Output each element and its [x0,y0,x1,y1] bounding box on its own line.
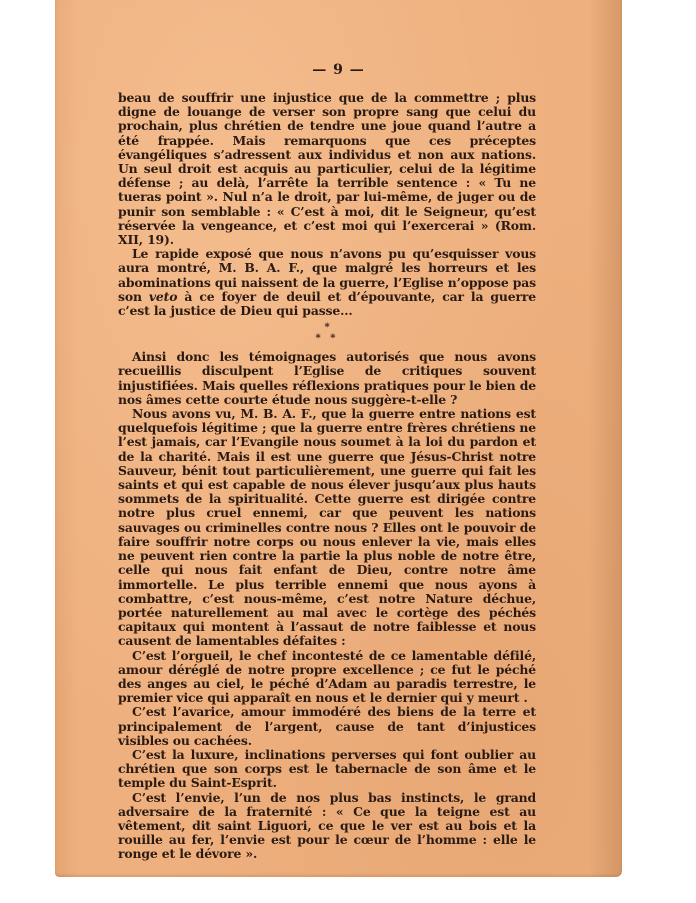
page-number: — 9 — [55,62,622,78]
asterism-top: * [324,322,329,333]
paragraph-text: à ce foyer de deuil et d’épouvante, car … [118,289,536,318]
paragraph-ainsi-donc: Ainsi donc les témoignages autorisés que… [118,350,536,407]
paragraph-envie: C’est l’envie, l’un de nos plus bas inst… [118,791,536,862]
paragraph-nous-avons-vu: Nous avons vu, M. B. A. F., que la guerr… [118,407,536,648]
asterism-bottom: * * [118,333,536,344]
paragraph-continuation: beau de souffrir une injustice que de la… [118,91,536,247]
paragraph-rapide-expose: Le rapide exposé que nous n’avons pu qu’… [118,247,536,318]
asterism-separator: * * * [118,322,536,344]
italic-word-veto: veto [149,289,177,304]
body-text: beau de souffrir une injustice que de la… [118,91,536,862]
paragraph-luxure: C’est la luxure, inclinations perverses … [118,748,536,791]
paragraph-orgueil: C’est l’orgueil, le chef incontesté de c… [118,649,536,706]
scanned-page: — 9 — beau de souffrir une injustice que… [55,0,622,877]
paragraph-avarice: C’est l’avarice, amour immodéré des bien… [118,705,536,748]
